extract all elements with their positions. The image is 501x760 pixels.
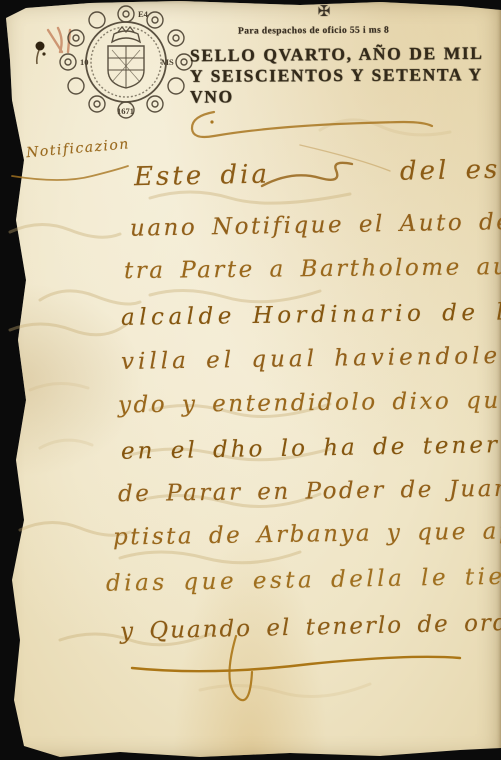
stamp-heading: SELLO QVARTO, AÑO DE MIL Y SEISCIENTOS Y… bbox=[190, 44, 484, 107]
stamp-heading-line-3: VNO bbox=[190, 85, 484, 107]
manuscript-line: alcalde Hordinario de la bbox=[121, 299, 501, 331]
seal-text-year: 1671 bbox=[117, 106, 134, 116]
seal-coat-of-arms bbox=[108, 46, 144, 88]
cross-emblem-icon: ✠ bbox=[312, 2, 336, 21]
seal-text-left: 10 bbox=[80, 57, 89, 67]
stamp-header-line: Para despachos de oficio 55 i ms 8 bbox=[238, 25, 408, 36]
stamp-heading-line-2: Y SEISCIENTOS Y SETENTA Y bbox=[190, 64, 484, 87]
seal-text-top: E4 bbox=[138, 9, 149, 19]
seal-crown bbox=[112, 27, 140, 42]
manuscript-line: tra Parte a Bartholome aud bbox=[124, 254, 501, 284]
seal-graphic: E4 10 MS 1671 bbox=[58, 4, 194, 120]
seal-text-right: MS bbox=[161, 57, 174, 67]
official-seal-stamp: E4 10 MS 1671 bbox=[58, 4, 194, 120]
manuscript-line: ydo y entendidolo dixo que bbox=[118, 388, 501, 419]
manuscript-line: de Parar en Poder de Juan Bau bbox=[118, 475, 501, 507]
manuscript-line: Este dia del escri bbox=[134, 156, 501, 191]
stamp-heading-line-1: SELLO QVARTO, AÑO DE MIL bbox=[190, 43, 484, 67]
